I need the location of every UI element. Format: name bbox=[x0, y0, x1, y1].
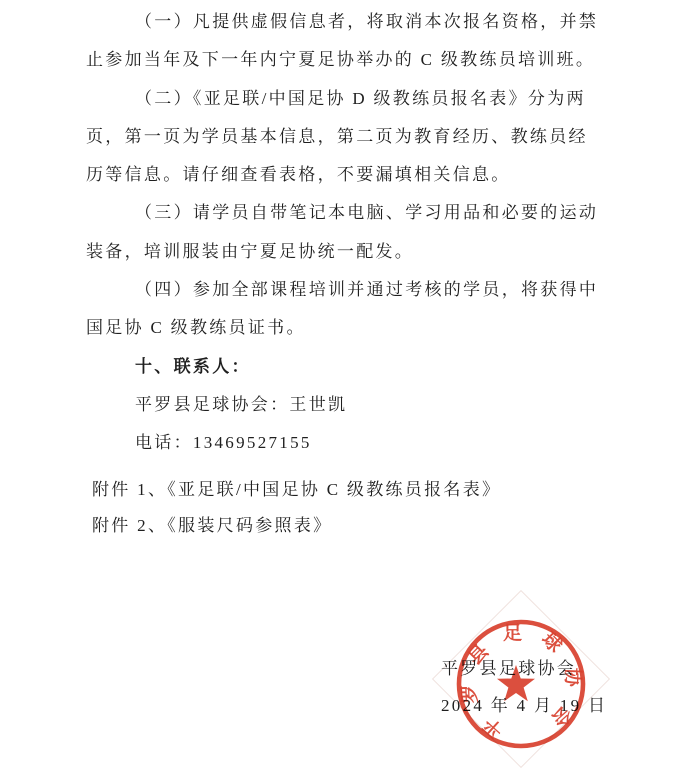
paragraph-line: 国足协 C 级教练员证书。 bbox=[86, 309, 598, 347]
contact-org-person: 平罗县足球协会：王世凯 bbox=[86, 386, 598, 424]
paragraph-line: （二）《亚足联/中国足协 D 级教练员报名表》分为两 bbox=[86, 80, 598, 118]
paragraph-line: 历等信息。请仔细查看表格，不要漏填相关信息。 bbox=[86, 156, 598, 194]
star-icon bbox=[497, 665, 535, 701]
paragraph-line: 止参加当年及下一年内宁夏足协举办的 C 级教练员培训班。 bbox=[86, 41, 598, 79]
official-seal: 平罗县足球协会 bbox=[451, 614, 591, 754]
attachment-item: 附件 2、《服装尺码参照表》 bbox=[92, 508, 501, 544]
contact-phone: 电话：13469527155 bbox=[86, 424, 598, 462]
paragraph-line: （一）凡提供虚假信息者，将取消本次报名资格，并禁 bbox=[86, 3, 598, 41]
attachment-item: 附件 1、《亚足联/中国足协 C 级教练员报名表》 bbox=[92, 472, 501, 508]
attachments-block: 附件 1、《亚足联/中国足协 C 级教练员报名表》 附件 2、《服装尺码参照表》 bbox=[92, 472, 501, 543]
paragraph-line: （四）参加全部课程培训并通过考核的学员，将获得中 bbox=[86, 271, 598, 309]
contact-heading: 十、联系人： bbox=[86, 348, 598, 386]
document-page: （一）凡提供虚假信息者，将取消本次报名资格，并禁 止参加当年及下一年内宁夏足协举… bbox=[0, 0, 694, 772]
body-text-block: （一）凡提供虚假信息者，将取消本次报名资格，并禁 止参加当年及下一年内宁夏足协举… bbox=[86, 3, 598, 463]
paragraph-line: 装备，培训服装由宁夏足协统一配发。 bbox=[86, 233, 598, 271]
paragraph-line: 页，第一页为学员基本信息，第二页为教育经历、教练员经 bbox=[86, 118, 598, 156]
paragraph-line: （三）请学员自带笔记本电脑、学习用品和必要的运动 bbox=[86, 194, 598, 232]
